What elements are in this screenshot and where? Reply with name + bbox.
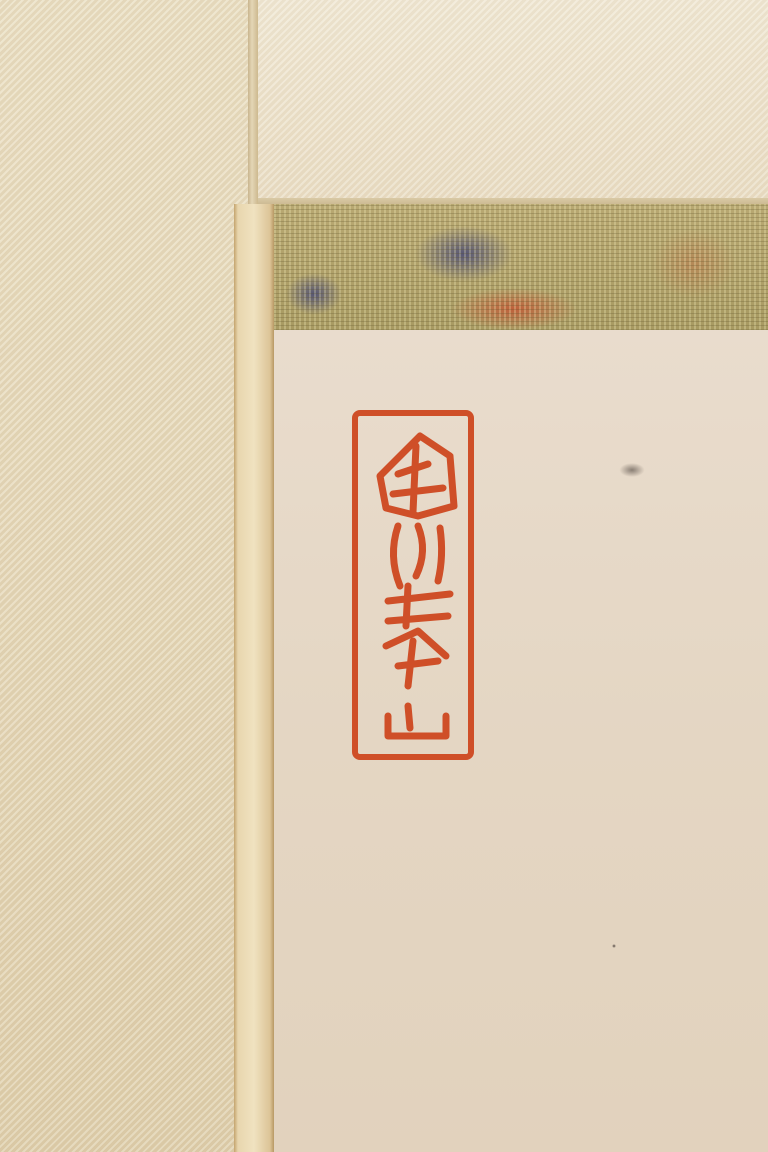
scroll-paper bbox=[274, 330, 768, 1152]
top-silk-border bbox=[258, 0, 768, 200]
ivory-edge-strip bbox=[234, 204, 274, 1152]
left-silk-border bbox=[0, 0, 248, 1152]
gold-brocade-band bbox=[274, 204, 768, 330]
red-seal-stamp bbox=[352, 410, 474, 760]
seal-script-glyph-icon bbox=[358, 416, 468, 754]
